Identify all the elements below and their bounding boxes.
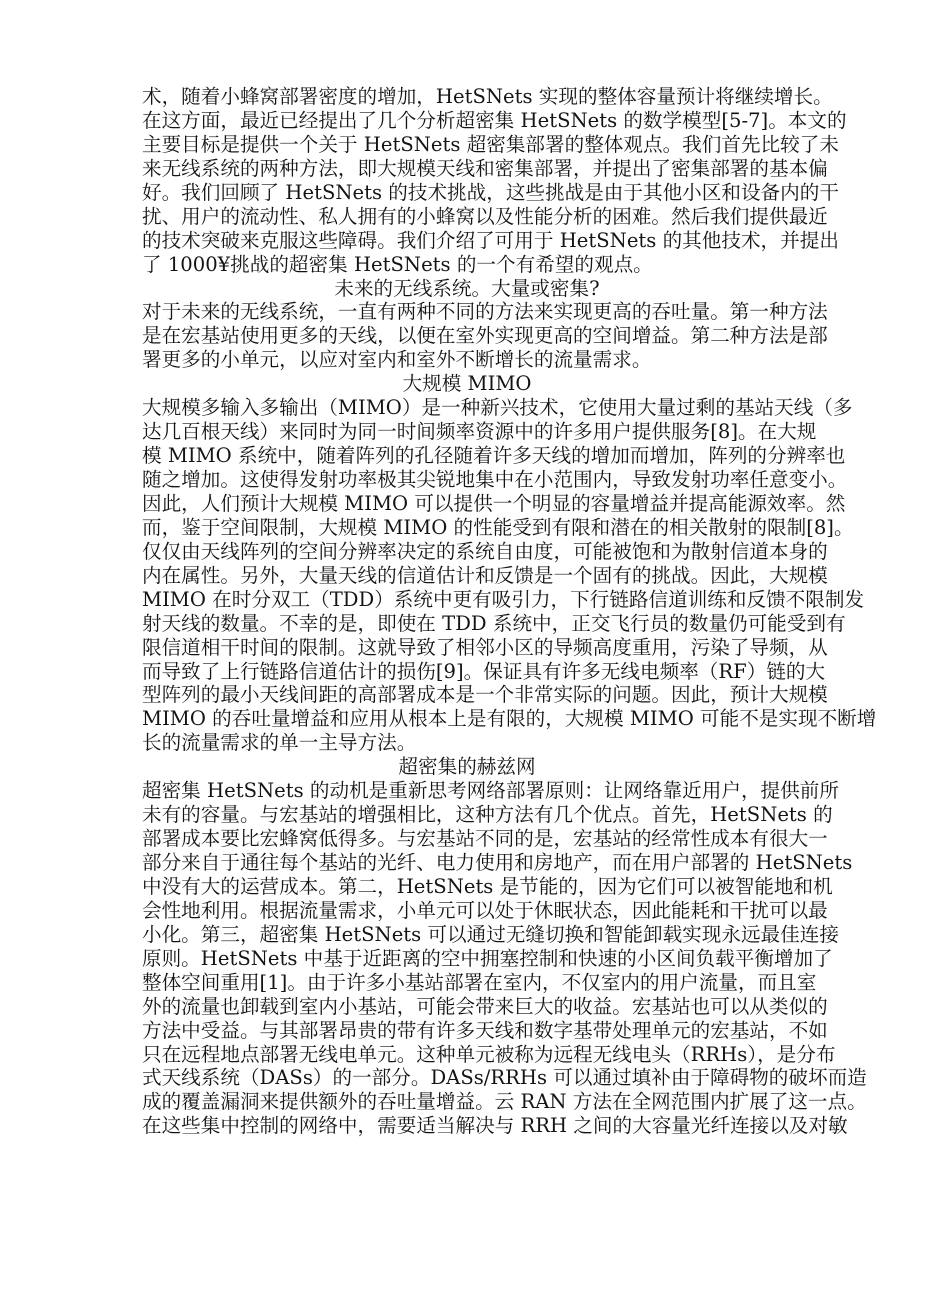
text-line: 方法中受益。与其部署昂贵的带有许多天线和数字基带处理单元的宏基站，不如: [142, 1019, 792, 1043]
text-line: 部署成本要比宏蜂窝低得多。与宏基站不同的是，宏基站的经常性成本有很大一: [142, 827, 792, 851]
text-line: 随之增加。这使得发射功率极其尖锐地集中在小范围内，导致发射功率任意变小。: [142, 468, 792, 492]
text-line: 了 1000¥挑战的超密集 HetSNets 的一个有希望的观点。: [142, 253, 792, 277]
text-line: 会性地利用。根据流量需求，小单元可以处于休眠状态，因此能耗和干扰可以最: [142, 899, 792, 923]
text-line: 大规模多输入多输出（MIMO）是一种新兴技术，它使用大量过剩的基站天线（多: [142, 396, 792, 420]
text-line: 而，鉴于空间限制，大规模 MIMO 的性能受到有限和潜在的相关散射的限制[8]。: [142, 516, 792, 540]
text-line: 仅仅由天线阵列的空间分辨率决定的系统自由度，可能被饱和为散射信道本身的: [142, 540, 792, 564]
text-line: 中没有大的运营成本。第二，HetSNets 是节能的，因为它们可以被智能地和机: [142, 875, 792, 899]
paragraph-ultra-dense-hetsnets: 超密集 HetSNets 的动机是重新思考网络部署原则：让网络靠近用户，提供前所…: [142, 779, 792, 1138]
text-line: 扰、用户的流动性、私人拥有的小蜂窝以及性能分析的困难。然后我们提供最近: [142, 205, 792, 229]
text-line: 内在属性。另外，大量天线的信道估计和反馈是一个固有的挑战。因此，大规模: [142, 564, 792, 588]
text-line: 的技术突破来克服这些障碍。我们介绍了可用于 HetSNets 的其他技术，并提出: [142, 229, 792, 253]
text-line: 只在远程地点部署无线电单元。这种单元被称为远程无线电头（RRHs），是分布: [142, 1043, 792, 1067]
text-line: 是在宏基站使用更多的天线，以便在室外实现更高的空间增益。第二种方法是部: [142, 324, 792, 348]
text-line: 署更多的小单元，以应对室内和室外不断增长的流量需求。: [142, 348, 792, 372]
section-heading-future-wireless: 未来的无线系统。大量或密集?: [142, 277, 792, 301]
text-line: 小化。第三，超密集 HetSNets 可以通过无缝切换和智能卸载实现永远最佳连接: [142, 923, 792, 947]
text-line: 长的流量需求的单一主导方法。: [142, 731, 792, 755]
text-line: 来无线系统的两种方法，即大规模天线和密集部署，并提出了密集部署的基本偏: [142, 157, 792, 181]
text-line: 成的覆盖漏洞来提供额外的吞吐量增益。云 RAN 方法在全网范围内扩展了这一点。: [142, 1090, 792, 1114]
text-line: 未有的容量。与宏基站的增强相比，这种方法有几个优点。首先，HetSNets 的: [142, 803, 792, 827]
text-line: 对于未来的无线系统，一直有两种不同的方法来实现更高的吞吐量。第一种方法: [142, 300, 792, 324]
text-line: 射天线的数量。不幸的是，即使在 TDD 系统中，正交飞行员的数量仍可能受到有: [142, 612, 792, 636]
text-line: 达几百根天线）来同时为同一时间频率资源中的许多用户提供服务[8]。在大规: [142, 420, 792, 444]
text-line: 式天线系统（DASs）的一部分。DASs/RRHs 可以通过填补由于障碍物的破坏…: [142, 1066, 792, 1090]
text-line: 术，随着小蜂窝部署密度的增加，HetSNets 实现的整体容量预计将继续增长。: [142, 85, 792, 109]
text-line: 部分来自于通往每个基站的光纤、电力使用和房地产，而在用户部署的 HetSNets: [142, 851, 792, 875]
section-heading-massive-mimo: 大规模 MIMO: [142, 372, 792, 396]
text-line: 在这些集中控制的网络中，需要适当解决与 RRH 之间的大容量光纤连接以及对敏: [142, 1114, 792, 1138]
text-line: 原则。HetSNets 中基于近距离的空中拥塞控制和快速的小区间负载平衡增加了: [142, 947, 792, 971]
text-line: MIMO 在时分双工（TDD）系统中更有吸引力，下行链路信道训练和反馈不限制发: [142, 588, 792, 612]
text-line: 而导致了上行链路信道估计的损伤[9]。保证具有许多无线电频率（RF）链的大: [142, 660, 792, 684]
text-line: 模 MIMO 系统中，随着阵列的孔径随着许多天线的增加而增加，阵列的分辨率也: [142, 444, 792, 468]
text-line: MIMO 的吞吐量增益和应用从根本上是有限的，大规模 MIMO 可能不是实现不断…: [142, 707, 792, 731]
text-line: 整体空间重用[1]。由于许多小基站部署在室内，不仅室内的用户流量，而且室: [142, 971, 792, 995]
text-line: 好。我们回顾了 HetSNets 的技术挑战，这些挑战是由于其他小区和设备内的干: [142, 181, 792, 205]
text-line: 限信道相干时间的限制。这就导致了相邻小区的导频高度重用，污染了导频，从: [142, 636, 792, 660]
text-line: 在这方面，最近已经提出了几个分析超密集 HetSNets 的数学模型[5-7]。…: [142, 109, 792, 133]
document-page: 术，随着小蜂窝部署密度的增加，HetSNets 实现的整体容量预计将继续增长。 …: [142, 85, 792, 1138]
paragraph-future-wireless: 对于未来的无线系统，一直有两种不同的方法来实现更高的吞吐量。第一种方法 是在宏基…: [142, 300, 792, 372]
text-line: 型阵列的最小天线间距的高部署成本是一个非常实际的问题。因此，预计大规模: [142, 683, 792, 707]
text-line: 因此，人们预计大规模 MIMO 可以提供一个明显的容量增益并提高能源效率。然: [142, 492, 792, 516]
text-line: 超密集 HetSNets 的动机是重新思考网络部署原则：让网络靠近用户，提供前所: [142, 779, 792, 803]
text-line: 外的流量也卸载到室内小基站，可能会带来巨大的收益。宏基站也可以从类似的: [142, 995, 792, 1019]
text-line: 主要目标是提供一个关于 HetSNets 超密集部署的整体观点。我们首先比较了未: [142, 133, 792, 157]
paragraph-massive-mimo: 大规模多输入多输出（MIMO）是一种新兴技术，它使用大量过剩的基站天线（多 达几…: [142, 396, 792, 755]
paragraph-intro: 术，随着小蜂窝部署密度的增加，HetSNets 实现的整体容量预计将继续增长。 …: [142, 85, 792, 277]
section-heading-ultra-dense-hetsnets: 超密集的赫兹网: [142, 755, 792, 779]
